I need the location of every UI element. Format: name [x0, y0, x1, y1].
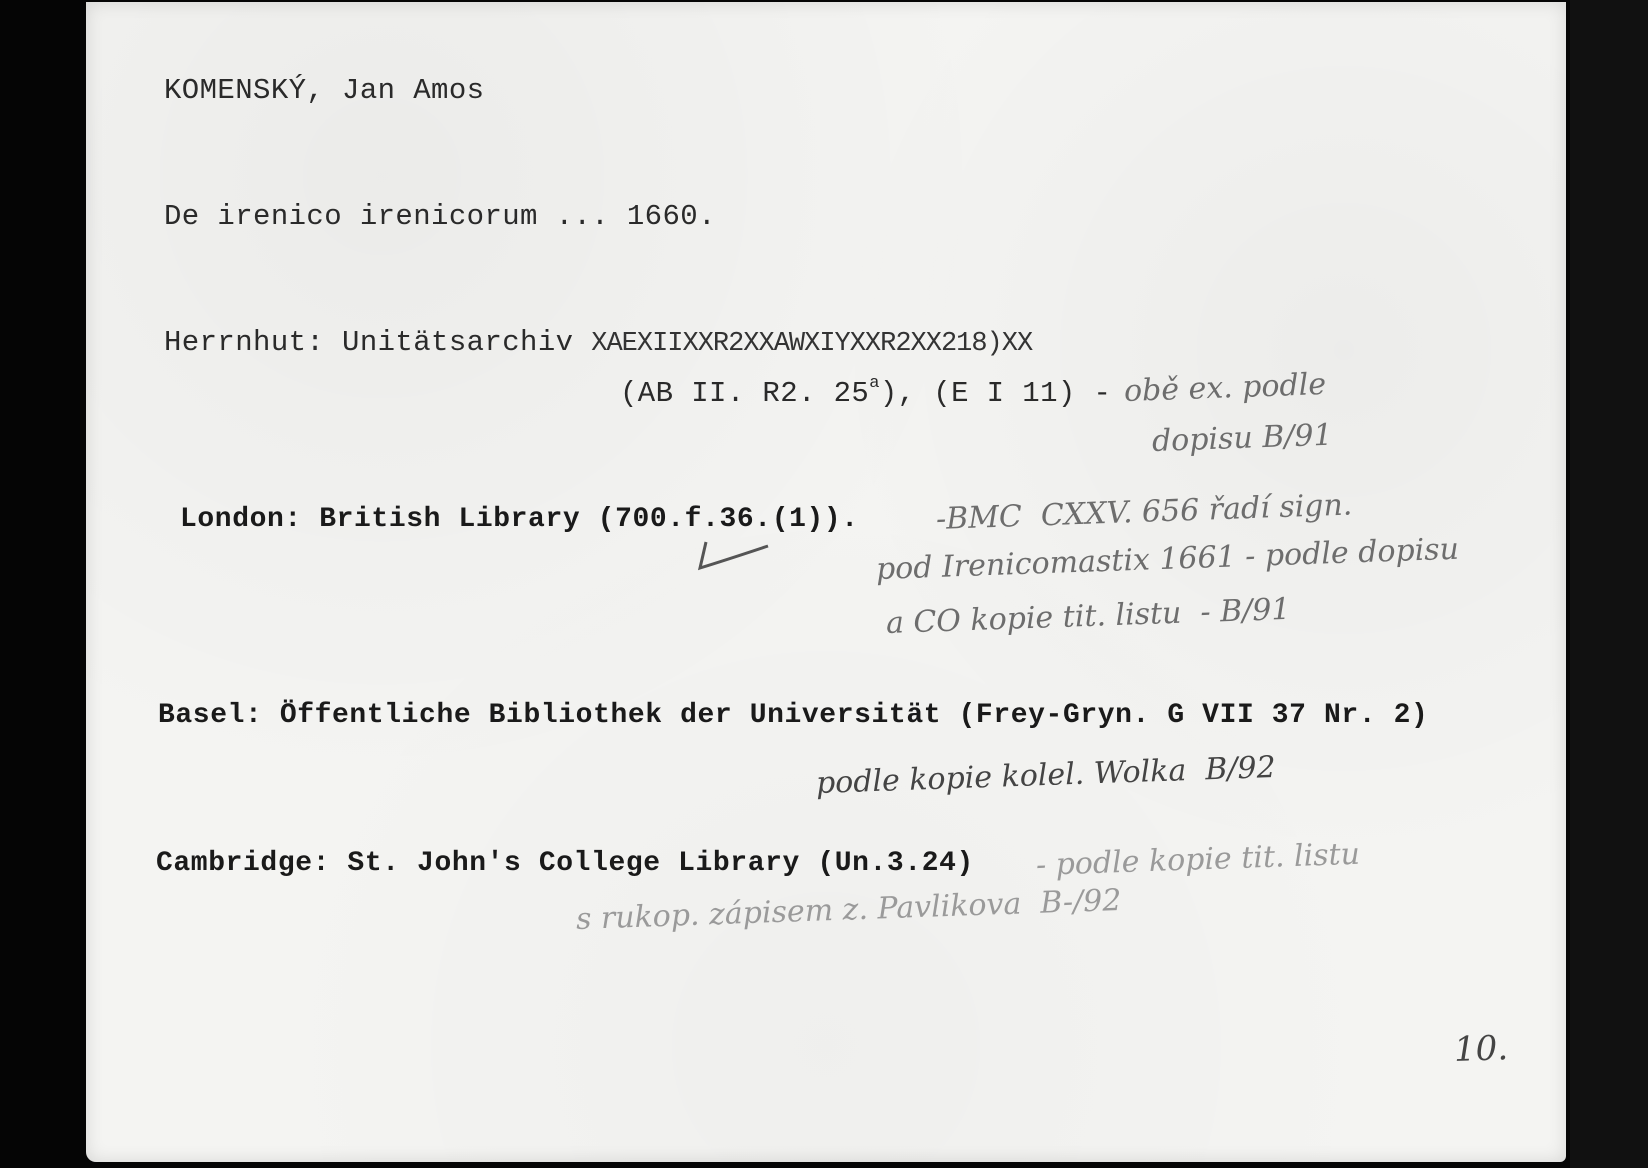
handwritten-note: -BMC CXXV. 656 řadí sign. [935, 487, 1352, 537]
handwritten-note: obě ex. podle [1123, 367, 1326, 409]
handwritten-note: a CO kopie tit. listu - B/91 [885, 592, 1291, 641]
struck-out-text: XAEXIIXXR2XXAWXIYXXR2XX218)XX [591, 329, 1032, 359]
catalog-card: KOMENSKÝ, Jan Amos De irenico irenicorum… [86, 2, 1566, 1162]
holding-location: Cambridge: St. John's College Library [156, 848, 800, 879]
shelfmark: (AB II. R2. 25 [620, 377, 869, 410]
page-number: 10. [1453, 1028, 1508, 1070]
holding-herrnhut: Herrnhut: Unitätsarchiv XAEXIIXXR2XXAWXI… [164, 326, 1032, 359]
holding-cambridge: Cambridge: St. John's College Library (U… [156, 848, 974, 879]
shelfmark: (Un.3.24) [817, 848, 974, 879]
work-title: De irenico irenicorum ... 1660. [164, 200, 716, 233]
handwritten-note: dopisu B/91 [1151, 418, 1333, 459]
handwritten-note: s rukop. zápisem z. Pavlikova B-/92 [575, 883, 1122, 937]
scan-border [1570, 0, 1648, 1168]
handwritten-note: - podle kopie tit. listu [1035, 837, 1360, 883]
shelfmark: (Frey-Gryn. G VII 37 Nr. 2) [959, 700, 1429, 731]
holding-london: London: British Library (700.f.36.(1)). [180, 504, 859, 535]
shelfmark-rest: ), (E I 11) - [880, 377, 1111, 410]
check-mark-icon [696, 538, 772, 572]
handwritten-note: pod Irenicomastix 1661 - podle dopisu [875, 532, 1459, 587]
holding-basel: Basel: Öffentliche Bibliothek der Univer… [158, 700, 1428, 731]
shelfmark: (700.f.36.(1)). [598, 504, 859, 535]
holding-herrnhut-shelfmark: (AB II. R2. 25a), (E I 11) - [620, 374, 1111, 410]
shelfmark-superscript: a [869, 374, 880, 393]
handwritten-note: podle kopie kolel. Wolka B/92 [815, 750, 1276, 801]
holding-location: Basel: Öffentliche Bibliothek der Univer… [158, 700, 941, 731]
holding-location: London: British Library [180, 504, 580, 535]
author-heading: KOMENSKÝ, Jan Amos [164, 74, 484, 107]
holding-location: Herrnhut: Unitätsarchiv [164, 326, 573, 359]
